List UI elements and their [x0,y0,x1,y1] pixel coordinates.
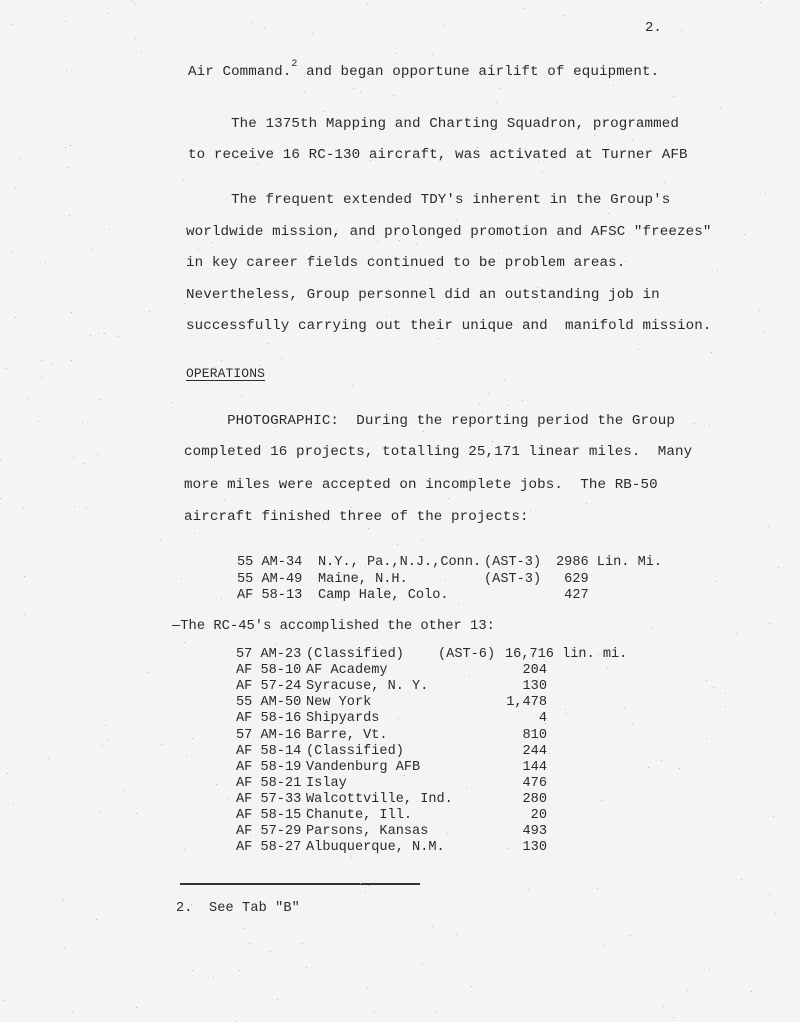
speck [456,220,457,221]
section-heading: OPERATIONS [186,366,265,381]
speck [107,740,108,741]
speck [545,661,546,662]
speck [564,15,565,16]
speck [353,88,354,89]
speck [664,182,665,183]
speck [720,107,721,108]
page-number: 2. [645,20,662,36]
speck [63,898,64,899]
speck [322,521,323,522]
speck [311,255,312,256]
paragraph-line: to receive 16 RC-130 aircraft, was activ… [188,147,688,163]
speck [458,603,459,604]
speck [211,242,212,243]
project-miles: 16,716 lin. mi. [505,647,627,664]
speck [392,573,393,574]
project-id: AF 58-27 [236,840,301,857]
speck [367,988,368,989]
speck [482,411,483,412]
speck [608,213,609,214]
speck [259,365,260,366]
speck [276,644,277,645]
speck [244,928,245,929]
project-type: (AST-3) [484,555,541,572]
speck [456,934,457,935]
speck [736,633,737,634]
project-miles: 476 [523,776,547,793]
speck [613,85,614,86]
speck [118,336,119,337]
speck [0,498,1,499]
speck [545,723,546,724]
speck [574,653,575,654]
speck [0,460,1,461]
project-location: Chanute, Ill. [306,808,412,825]
project-location: Shipyards [306,711,379,728]
speck [741,879,742,880]
speck [275,426,276,427]
speck [64,947,65,948]
project-location: Islay [306,776,347,793]
paragraph-line: worldwide mission, and prolonged promoti… [186,224,711,240]
speck [713,687,714,688]
speck [530,510,531,511]
speck [184,849,185,850]
speck [624,708,625,709]
speck [432,926,433,927]
speck [472,420,473,421]
paragraph-continuation: Air Command.2 and began opportune airlif… [188,64,659,80]
speck [725,706,726,707]
speck [135,38,136,39]
speck [566,713,567,714]
speck [402,454,403,455]
project-miles: 4 [539,711,547,728]
speck [706,738,707,739]
project-miles: 130 [523,679,547,696]
speck [335,562,336,563]
speck [357,238,358,239]
speck [687,990,688,991]
speck [382,424,383,425]
speck [694,423,695,424]
speck [527,158,528,159]
speck [404,775,405,776]
speck [323,111,324,112]
speck [249,943,250,944]
speck [276,237,277,238]
speck [507,405,508,406]
speck [98,333,99,334]
paragraph-line: completed 16 projects, totalling 25,171 … [184,444,692,460]
paragraph-line: aircraft finished three of the projects: [184,509,529,525]
project-miles: 280 [523,792,547,809]
speck [764,332,765,333]
speck [374,1012,375,1013]
project-miles: 493 [523,824,547,841]
speck [161,744,162,745]
speck [90,335,91,336]
speck [549,753,550,754]
project-id: 57 AM-23 [236,647,301,664]
speck [102,745,103,746]
speck [679,768,680,769]
project-miles: 629 [556,572,589,589]
project-type: (AST-3) [484,572,541,589]
speck [469,451,470,452]
speck [528,889,529,890]
speck [642,421,643,422]
speck [132,1,133,2]
speck [488,393,489,394]
speck [239,970,240,971]
speck [648,767,649,768]
speck [267,343,268,344]
speck [466,788,467,789]
speck [351,507,352,508]
speck [304,92,305,93]
speck [270,951,271,952]
paragraph-line: successfully carrying out their unique a… [186,318,711,334]
paragraph-line: The 1375th Mapping and Charting Squadron… [188,116,679,132]
speck [141,51,142,52]
footnote-divider [180,883,420,885]
speck [661,760,662,761]
speck [632,723,633,724]
paragraph-line: The frequent extended TDY's inherent in … [188,192,670,208]
speck [221,598,222,599]
speck [598,654,599,655]
speck [630,935,631,936]
speck [228,798,229,799]
speck [65,147,66,148]
project-id: AF 58-14 [236,744,301,761]
speck [397,544,398,545]
speck [638,349,639,350]
speck [368,885,369,886]
speck [499,88,500,89]
project-id: AF 57-33 [236,792,301,809]
speck [107,13,108,14]
speck [448,498,449,499]
speck [430,849,431,850]
speck [184,642,185,643]
speck [41,377,42,378]
speck [13,803,14,804]
project-miles: 244 [523,744,547,761]
speck [489,122,490,123]
speck [286,756,287,757]
speck [252,22,253,23]
speck [603,945,604,946]
speck [74,506,75,507]
speck [663,1006,664,1007]
speck [395,53,396,54]
speck [38,421,39,422]
speck [99,399,100,400]
project-location: Parsons, Kansas [306,824,428,841]
speck [625,261,626,262]
speck [471,986,472,987]
project-miles: 2986 Lin. Mi. [556,555,662,572]
speck [73,457,74,458]
speck [105,725,106,726]
speck [539,302,540,303]
speck [416,244,417,245]
project-miles: 204 [523,663,547,680]
speck [706,680,707,681]
project-location: Camp Hale, Colo. [318,588,449,605]
speck [302,943,303,944]
project-miles: 427 [556,588,589,605]
speck [352,77,353,78]
project-miles: 130 [523,840,547,857]
speck [104,333,105,334]
speck [445,580,446,581]
speck [48,758,49,759]
speck [444,25,445,26]
speck [181,578,182,579]
speck [597,888,598,889]
speck [191,904,192,905]
speck [479,404,480,405]
speck [372,257,373,258]
footnote-reference: 2 [291,59,297,70]
speck [7,773,8,774]
speck [386,316,387,317]
project-id: AF 58-13 [237,588,302,605]
speck [492,64,493,65]
speck [526,78,527,79]
project-location: (Classified) [306,647,404,664]
project-id: 57 AM-16 [236,728,301,745]
speck [423,431,424,432]
speck [70,145,71,146]
speck [652,628,653,629]
speck [477,147,478,148]
paragraph-line: Nevertheless, Group personnel did an out… [186,287,660,303]
speck [24,576,25,577]
project-location: Walcottville, Ind. [306,792,453,809]
speck [393,95,394,96]
speck [388,256,389,257]
speck [715,581,716,582]
speck [470,479,471,480]
speck [71,360,72,361]
rc45-intro: —The RC-45's accomplished the other 13: [172,619,495,636]
speck [492,441,493,442]
speck [192,970,193,971]
speck [343,716,344,717]
speck [775,913,776,914]
speck [768,526,769,527]
speck [184,303,185,304]
speck [778,567,779,568]
speck [565,709,566,710]
speck [307,808,308,809]
speck [109,229,110,230]
speck [72,1012,73,1013]
project-miles: 20 [531,808,547,825]
speck [346,685,347,686]
project-id: AF 57-24 [236,679,301,696]
speck [432,54,433,55]
speck [281,358,282,359]
speck [522,400,523,401]
speck [149,311,150,312]
speck [15,187,16,188]
speck [498,253,499,254]
speck [41,360,42,361]
speck [586,503,587,504]
project-location: Syracuse, N. Y. [306,679,428,696]
project-location: Maine, N.H. [318,572,408,589]
speck [172,402,173,403]
speck [51,363,52,364]
speck [186,756,187,757]
project-id: AF 57-29 [236,824,301,841]
speck [216,784,217,785]
speck [370,160,371,161]
speck [97,454,98,455]
paragraph-line: PHOTOGRAPHIC: During the reporting perio… [184,413,675,429]
speck [11,251,12,252]
project-location: Albuquerque, N.M. [306,840,445,857]
footnote: 2. See Tab "B" [176,901,300,916]
project-id: AF 58-19 [236,760,301,777]
speck [250,835,251,836]
speck [360,883,361,884]
speck [160,539,161,540]
speck [83,463,84,464]
speck [306,967,307,968]
speck [367,4,368,5]
speck [28,398,29,399]
project-id: 55 AM-34 [237,555,302,572]
speck [365,892,366,893]
speck [399,240,400,241]
speck [601,800,602,801]
speck [312,33,313,34]
project-id: AF 58-10 [236,663,301,680]
speck [773,816,774,817]
project-type: (AST-6) [438,647,495,664]
speck [71,312,72,313]
speck [257,163,258,164]
speck [607,667,608,668]
speck [759,310,760,311]
speck [769,894,770,895]
project-id: AF 58-16 [236,711,301,728]
speck [66,70,67,71]
speck [436,1012,437,1013]
speck [675,149,676,150]
speck [508,848,509,849]
speck [398,718,399,719]
speck [336,230,337,231]
speck [673,1017,674,1018]
speck [538,161,539,162]
speck [361,755,362,756]
speck [365,566,366,567]
project-miles: 810 [523,728,547,745]
speck [264,28,265,29]
speck [632,140,633,141]
project-location: New York [306,695,371,712]
speck [717,270,718,271]
speck [318,290,319,291]
speck [82,422,83,423]
speck [438,338,439,339]
speck [360,92,361,93]
speck [681,30,682,31]
speck [11,24,12,25]
speck [276,719,277,720]
project-miles: 144 [523,760,547,777]
speck [361,449,362,450]
speck [324,228,325,229]
speck [136,813,137,814]
speck [214,367,215,368]
speck [86,507,87,508]
speck [368,528,369,529]
speck [194,533,195,534]
speck [352,385,353,386]
speck [673,96,674,97]
project-miles: 1,478 [506,695,547,712]
speck [6,368,7,369]
project-location: AF Academy [306,663,388,680]
speck [594,135,595,136]
speck [354,562,355,563]
speck [580,327,581,328]
project-location: N.Y., Pa.,N.J.,Conn. [318,555,481,572]
paragraph-line: more miles were accepted on incomplete j… [184,477,658,493]
project-id: 55 AM-49 [237,572,302,589]
speck [20,158,21,159]
speck [198,249,199,250]
speck [537,287,538,288]
speck [203,485,204,486]
speck [422,539,423,540]
speck [68,167,69,168]
speck [744,234,745,235]
speck [765,193,766,194]
speck [92,249,93,250]
speck [65,21,66,22]
speck [221,360,222,361]
speck [351,857,352,858]
speck [355,518,356,519]
speck [447,833,448,834]
speck [449,302,450,303]
speck [3,1000,4,1001]
speck [542,172,543,173]
paragraph-line: in key career fields continued to be pro… [186,255,625,271]
speck [69,215,70,216]
speck [709,425,710,426]
speck [192,738,193,739]
speck [134,3,135,4]
project-location: Barre, Vt. [306,728,388,745]
speck [377,241,378,242]
speck [725,693,726,694]
project-location: Vandenburg AFB [306,760,420,777]
project-location: (Classified) [306,744,404,761]
speck [496,102,497,103]
text: Air Command. [188,64,291,80]
speck [429,285,430,286]
